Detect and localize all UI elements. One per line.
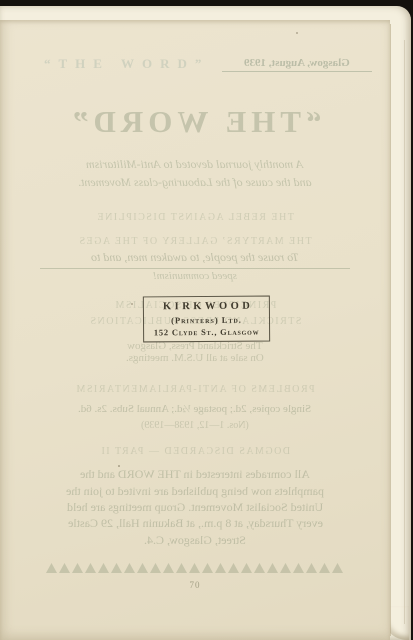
book-page-scan: “THE WORD” Glasgow, August, 1939 “THE WO… bbox=[0, 0, 413, 640]
ghost-paragraph-line: All comrades interested in THE WORD and … bbox=[0, 467, 390, 482]
ghost-sale-line: On sale at all U.S.M. meetings. bbox=[0, 352, 390, 364]
paper-speck bbox=[296, 32, 298, 34]
ghost-motto-line: To rouse the people, to awaken men, and … bbox=[40, 250, 350, 269]
stamp-address: 152 Clyde St., Glasgow bbox=[144, 327, 269, 338]
ghost-paragraph-line: every Thursday, at 8 p.m., at Bakunin Ha… bbox=[0, 516, 390, 531]
page-edge-line bbox=[390, 24, 391, 636]
page-edge-line bbox=[404, 40, 405, 624]
ghost-tagline-1: A monthly journal devoted to Anti-Milita… bbox=[0, 157, 390, 172]
ghost-price-line: Single copies, 2d.; postage ½d.; Annual … bbox=[0, 403, 390, 415]
paper-speck bbox=[118, 465, 120, 467]
ghost-paragraph-line: United Socialist Movement. Group meeting… bbox=[0, 500, 390, 515]
ghost-motto-line-2: speed communism! bbox=[0, 270, 390, 282]
ghost-big-title: “THE WORD” bbox=[0, 104, 390, 140]
page-number: 70 bbox=[0, 580, 390, 590]
ghost-masthead-dateline: Glasgow, August, 1939 bbox=[222, 57, 372, 72]
ghost-tagline-2: and the cause of the Labouring-class Mov… bbox=[0, 175, 390, 190]
stamp-subtitle: (Printers) Ltd. bbox=[144, 315, 269, 326]
ghost-heading-3: PROBLEMS OF ANTI-PARLIAMENTARISM bbox=[0, 384, 390, 395]
zigzag-ornament bbox=[45, 562, 345, 575]
stamp-name: KIRKWOOD bbox=[144, 301, 269, 313]
ghost-heading-4: DOGMAS DISCARDED — PART II bbox=[0, 446, 390, 457]
ghost-paragraph-line: Street, Glasgow, C.4. bbox=[0, 533, 390, 548]
ghost-issues-line: (Nos. 1—12, 1938—1939) bbox=[0, 420, 390, 431]
ghost-heading-2: THE MARTYRS’ GALLERY OF THE AGES bbox=[0, 236, 390, 247]
paper-speck bbox=[131, 303, 133, 305]
page-surface: “THE WORD” Glasgow, August, 1939 “THE WO… bbox=[0, 20, 390, 640]
ghost-masthead-title: “THE WORD” bbox=[44, 56, 209, 72]
ghost-masthead-dateline-text: Glasgow, August, 1939 bbox=[244, 57, 350, 69]
ghost-paragraph-line: pamphlets now being published are invite… bbox=[0, 484, 390, 499]
ghost-heading-1: THE REBEL AGAINST DISCIPLINE bbox=[0, 212, 390, 223]
kirkwood-printers-stamp: KIRKWOOD (Printers) Ltd. 152 Clyde St., … bbox=[143, 296, 270, 343]
